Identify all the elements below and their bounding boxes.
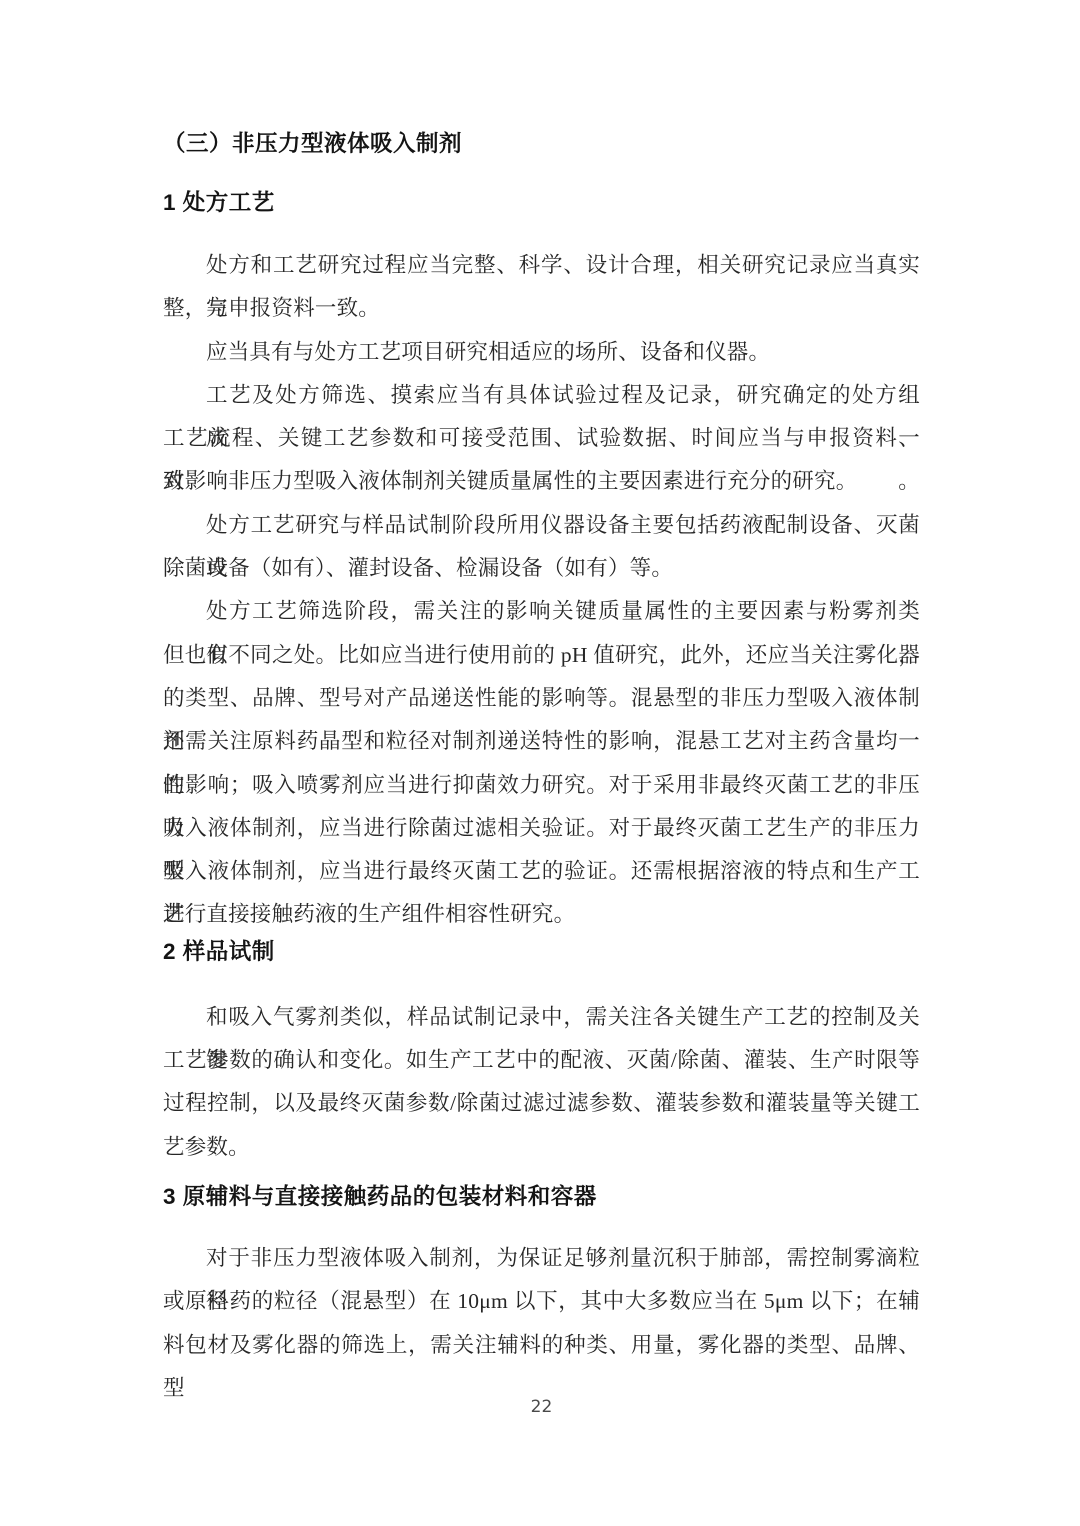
body-line: 吸入液体制剂，应当进行最终灭菌工艺的验证。还需根据溶液的特点和生产工艺 xyxy=(163,850,920,893)
body-line: 工艺流程、关键工艺参数和可接受范围、试验数据、时间应当与申报资料一致。 xyxy=(163,417,920,460)
body-line: 艺参数。 xyxy=(163,1126,920,1169)
page-number: 22 xyxy=(163,1396,920,1418)
body-line: 工艺及处方筛选、摸索应当有具体试验过程及记录，研究确定的处方组成、 xyxy=(163,374,920,417)
body-line: 过程控制，以及最终灭菌参数/除菌过滤过滤参数、灌装参数和灌装量等关键工 xyxy=(163,1082,920,1125)
section-heading: （三）非压力型液体吸入制剂 xyxy=(163,129,920,159)
body-line: 还需关注原料药晶型和粒径对制剂递送特性的影响，混悬工艺对主药含量均一性 xyxy=(163,720,920,763)
body-line: 的影响；吸入喷雾剂应当进行抑菌效力研究。对于采用非最终灭菌工艺的非压力 xyxy=(163,764,920,807)
body-line: 料包材及雾化器的筛选上，需关注辅料的种类、用量，雾化器的类型、品牌、型 xyxy=(163,1324,920,1367)
body-line: 的类型、品牌、型号对产品递送性能的影响等。混悬型的非压力型吸入液体制剂 xyxy=(163,677,920,720)
body-line: 除菌设备（如有）、灌封设备、检漏设备（如有）等。 xyxy=(163,547,920,590)
body-line: 但也有不同之处。比如应当进行使用前的 pH 值研究，此外，还应当关注雾化器 xyxy=(163,634,920,677)
heading-3: 3 原辅料与直接接触药品的包装材料和容器 xyxy=(163,1182,920,1212)
body-line: 对影响非压力型吸入液体制剂关键质量属性的主要因素进行充分的研究。 xyxy=(163,460,920,503)
body-line: 处方工艺筛选阶段，需关注的影响关键质量属性的主要因素与粉雾剂类似， xyxy=(163,590,920,633)
heading-2: 2 样品试制 xyxy=(163,937,920,967)
section-2-body: 和吸入气雾剂类似，样品试制记录中，需关注各关键生产工艺的控制及关键 工艺参数的确… xyxy=(163,996,920,1169)
body-line: 或原料药的粒径（混悬型）在 10μm 以下，其中大多数应当在 5μm 以下；在辅 xyxy=(163,1280,920,1323)
section-1-body: 处方和工艺研究过程应当完整、科学、设计合理，相关研究记录应当真实完 整，与申报资… xyxy=(163,244,920,937)
heading-1: 1 处方工艺 xyxy=(163,188,920,218)
body-line: 应当具有与处方工艺项目研究相适应的场所、设备和仪器。 xyxy=(163,331,920,374)
body-line: 进行直接接触药液的生产组件相容性研究。 xyxy=(163,893,920,936)
section-3-body: 对于非压力型液体吸入制剂，为保证足够剂量沉积于肺部，需控制雾滴粒径 或原料药的粒… xyxy=(163,1237,920,1367)
body-line: 和吸入气雾剂类似，样品试制记录中，需关注各关键生产工艺的控制及关键 xyxy=(163,996,920,1039)
document-page: （三）非压力型液体吸入制剂 1 处方工艺 处方和工艺研究过程应当完整、科学、设计… xyxy=(0,0,1080,1526)
body-line: 工艺参数的确认和变化。如生产工艺中的配液、灭菌/除菌、灌装、生产时限等 xyxy=(163,1039,920,1082)
body-line: 处方工艺研究与样品试制阶段所用仪器设备主要包括药液配制设备、灭菌或 xyxy=(163,504,920,547)
body-line: 对于非压力型液体吸入制剂，为保证足够剂量沉积于肺部，需控制雾滴粒径 xyxy=(163,1237,920,1280)
body-line: 整，与申报资料一致。 xyxy=(163,287,920,330)
body-line: 处方和工艺研究过程应当完整、科学、设计合理，相关研究记录应当真实完 xyxy=(163,244,920,287)
body-line: 吸入液体制剂，应当进行除菌过滤相关验证。对于最终灭菌工艺生产的非压力型 xyxy=(163,807,920,850)
